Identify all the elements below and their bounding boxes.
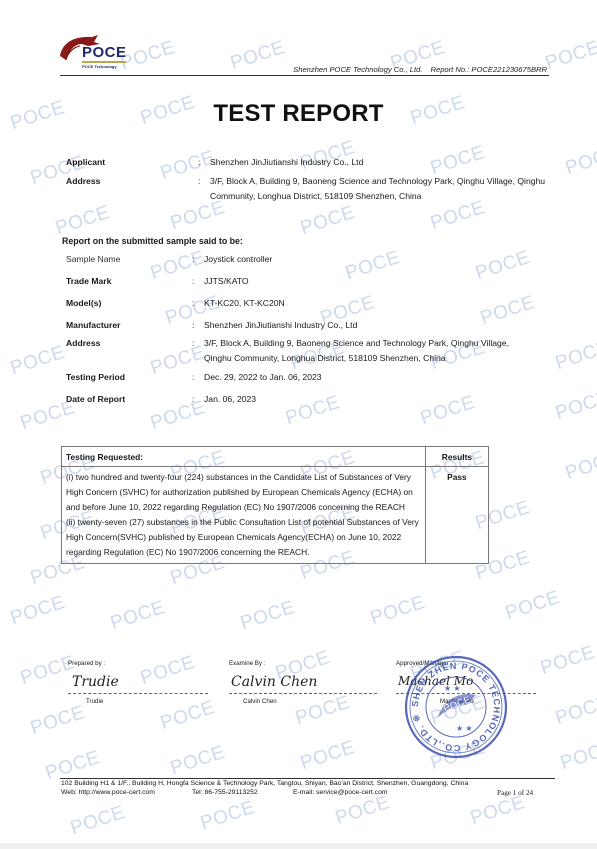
table-row: (i) two hundred and twenty-four (224) su… — [62, 467, 489, 564]
sample-section-heading: Report on the submitted sample said to b… — [62, 236, 243, 246]
requested-item-1: (i) two hundred and twenty-four (224) su… — [66, 470, 421, 515]
colon: : — [192, 392, 194, 407]
prepared-by-caption: Prepared by : — [68, 660, 105, 667]
field-value: 3/F, Block A, Building 9, Baoneng Scienc… — [204, 336, 536, 366]
logo-text: POCE — [82, 44, 127, 61]
field-value: KT-KC20, KT-KC20N — [204, 296, 536, 311]
address-label: Address — [66, 174, 100, 189]
footer-address: 102 Building H1 & 1/F., Building H, Hong… — [61, 780, 468, 789]
page-number: Page 1 of 24 — [497, 789, 533, 797]
result-cell: Pass — [425, 467, 488, 564]
examine-by-caption: Examine By : — [229, 660, 265, 667]
report-page: POCEPOCEPOCEPOCEPOCEPOCEPOCEPOCEPOCEPOCE… — [0, 0, 597, 843]
colon: : — [198, 174, 200, 189]
svg-text:★ ★: ★ ★ — [456, 724, 473, 733]
field-label: Trade Mark — [66, 274, 111, 289]
header-info: Shenzhen POCE Technology Co., Ltd.Report… — [293, 65, 547, 74]
requested-item-2: (ii) twenty-seven (27) substances in the… — [66, 515, 421, 560]
field-value: Joystick controller — [204, 252, 536, 267]
colon: : — [198, 155, 200, 170]
footer-web: Web: http://www.poce-cert.com — [61, 789, 192, 798]
signature-line — [229, 693, 377, 694]
footer-email: E-mail: service@poce-cert.com — [293, 789, 388, 798]
results-table: Testing Requested: Results (i) two hundr… — [61, 446, 489, 564]
colon: : — [192, 252, 194, 267]
field-value: Jan. 06, 2023 — [204, 392, 536, 407]
poce-logo: POCE POCE Technology — [58, 34, 130, 72]
examine-signature: Calvin Chen — [231, 674, 317, 690]
colon: : — [192, 274, 194, 289]
address-value: 3/F, Block A, Building 9, Baoneng Scienc… — [210, 174, 555, 204]
header-company: Shenzhen POCE Technology Co., Ltd. — [293, 65, 422, 74]
colon: : — [192, 318, 194, 333]
footer: 102 Building H1 & 1/F., Building H, Hong… — [61, 780, 468, 797]
applicant-value: Shenzhen JinJiutianshi Industry Co., Ltd — [210, 155, 550, 170]
testing-requested-cell: (i) two hundred and twenty-four (224) su… — [62, 467, 426, 564]
logo-underline — [82, 61, 126, 63]
examine-name: Calvin Chen — [243, 698, 277, 705]
header-report-no: Report No.: POCE221230675BRR — [430, 65, 547, 74]
header-results: Results — [425, 447, 488, 467]
field-value: JJTS/KATO — [204, 274, 536, 289]
colon: : — [192, 296, 194, 311]
applicant-label: Applicant — [66, 155, 105, 170]
field-label: Date of Report — [66, 392, 125, 407]
field-label: Address — [66, 336, 100, 351]
applicant-block: Applicant : Shenzhen JinJiutianshi Indus… — [66, 155, 546, 205]
footer-tel: Tel: 86-755-29113252 — [192, 789, 293, 798]
signature-line — [68, 693, 208, 694]
field-label: Testing Period — [66, 370, 125, 385]
prepared-signature: Trudie — [72, 674, 119, 690]
field-value: Shenzhen JinJiutianshi Industry Co., Ltd — [204, 318, 536, 333]
svg-text:★ ★: ★ ★ — [444, 684, 461, 693]
page-title: TEST REPORT — [0, 100, 597, 128]
footer-divider — [60, 778, 555, 779]
field-label: Sample Name — [66, 252, 120, 267]
approved-stamp-icon: SHEN ZHEN POCE TECHNOLOGY CO.,LTD. ※ APP… — [404, 655, 508, 759]
field-value: Dec. 29, 2022 to Jan. 06, 2023 — [204, 370, 536, 385]
field-label: Manufacturer — [66, 318, 120, 333]
logo-subtext: POCE Technology — [82, 64, 117, 69]
table-header-row: Testing Requested: Results — [62, 447, 489, 467]
header-testing-requested: Testing Requested: — [62, 447, 426, 467]
sample-fields: Sample Name:Joystick controllerTrade Mar… — [66, 252, 546, 412]
colon: : — [192, 370, 194, 385]
prepared-name: Trudie — [86, 698, 103, 705]
field-label: Model(s) — [66, 296, 101, 311]
colon: : — [192, 336, 194, 351]
header-divider — [60, 75, 549, 76]
